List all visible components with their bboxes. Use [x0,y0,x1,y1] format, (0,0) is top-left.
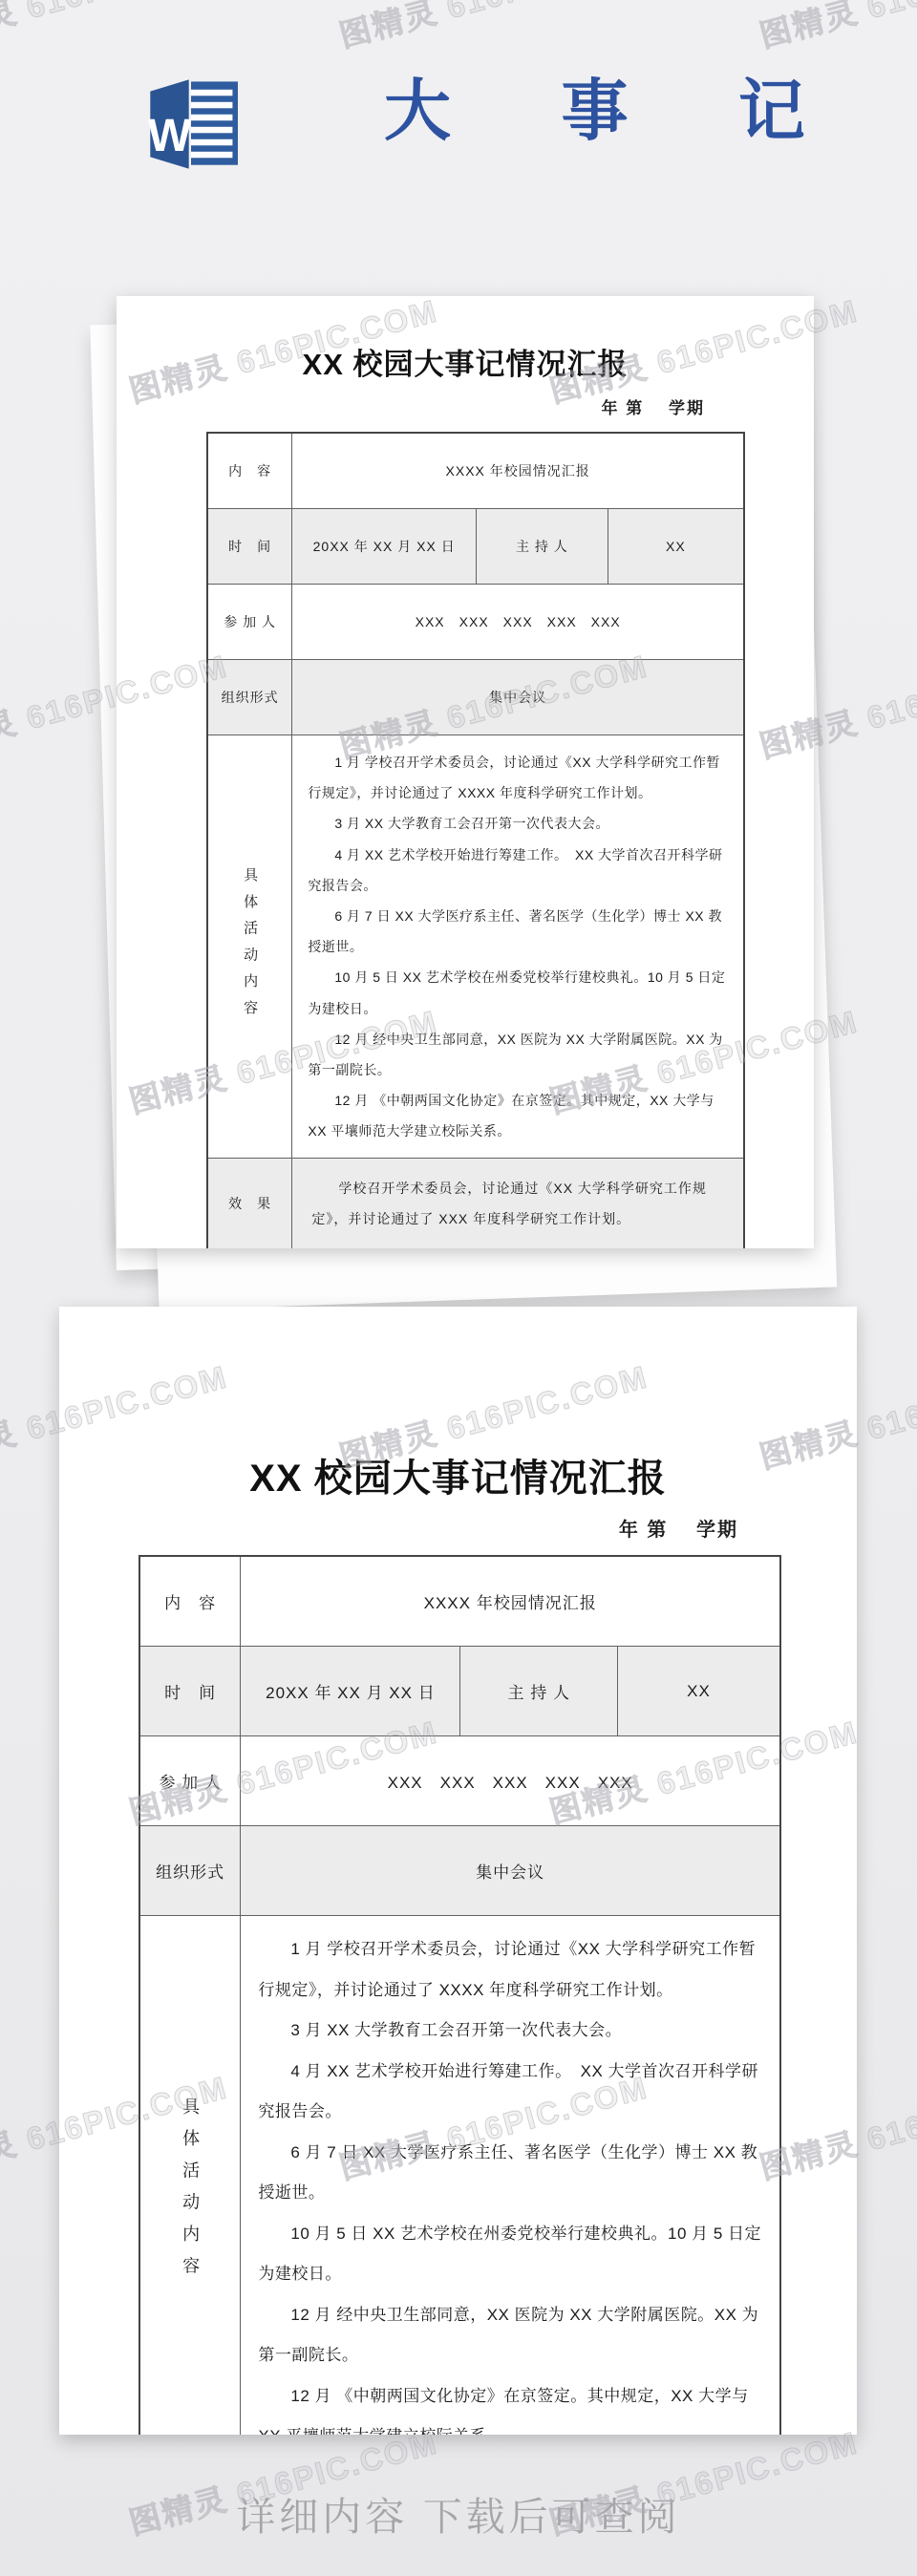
page-header: W 大 事 记 [0,0,917,210]
org-value-cell: 集中会议 [240,1826,779,1915]
effect-value-cell: 学校召开学术委员会，讨论通过《XX 大学科学研究工作规定》，并讨论通过了 XXX… [291,1159,743,1248]
org-label-cell: 组织形式 [208,660,291,734]
table-row-effect: 效 果 学校召开学术委员会，讨论通过《XX 大学科学研究工作规定》，并讨论通过了… [208,1158,743,1248]
document-page-1: XX 校园大事记情况汇报 年 第 学期 内 容 XXXX 年校园情况汇报 时 间… [117,296,814,1248]
activity-paragraph: 12 月 《中朝两国文化协定》在京签定。其中规定，XX 大学与 XX 平壤师范大… [258,2376,762,2436]
doc-title: XX 校园大事记情况汇报 [59,1307,857,1502]
activity-paragraph: 1 月 学校召开学术委员会，讨论通过《XX 大学科学研究工作暂行规定》，并讨论通… [308,747,728,808]
doc-title: XX 校园大事记情况汇报 [117,296,814,383]
activities-content-cell: 1 月 学校召开学术委员会，讨论通过《XX 大学科学研究工作暂行规定》，并讨论通… [291,735,743,1158]
activity-paragraph: 10 月 5 日 XX 艺术学校在州委党校举行建校典礼。10 月 5 日定为建校… [308,962,728,1023]
table-row-organization: 组织形式 集中会议 [208,659,743,734]
document-page-2: XX 校园大事记情况汇报 年 第 学期 内 容 XXXX 年校园情况汇报 时 间… [59,1307,857,2435]
participants-label-cell: 参 加 人 [208,585,291,659]
activity-paragraph: 4 月 XX 艺术学校开始进行筹建工作。 XX 大学首次召开科学研究报告会。 [258,2052,762,2133]
activity-paragraph: 3 月 XX 大学教育工会召开第一次代表大会。 [258,2011,762,2052]
activity-paragraph: 12 月 经中央卫生部同意，XX 医院为 XX 大学附属医院。XX 为第一副院长… [308,1024,728,1085]
time-value-cell: 20XX 年 XX 月 XX 日 [291,509,476,584]
table-row-participants: 参 加 人 XXX XXX XXX XXX XXX [208,584,743,659]
content-value-cell: XXXX 年校园情况汇报 [240,1557,779,1646]
participants-value-cell: XXX XXX XXX XXX XXX [240,1736,779,1825]
table-row-activities: 具体活动内容 1 月 学校召开学术委员会，讨论通过《XX 大学科学研究工作暂行规… [140,1915,779,2435]
host-value-cell: XX [608,509,743,584]
activities-vertical-label: 具体活动内容 [181,2097,199,2289]
activity-paragraph: 6 月 7 日 XX 大学医疗系主任、著名医学（生化学）博士 XX 教授逝世。 [258,2133,762,2214]
table-row-organization: 组织形式 集中会议 [140,1825,779,1915]
activities-vertical-label: 具体活动内容 [243,867,257,1027]
org-value-cell: 集中会议 [291,660,743,734]
host-value-cell: XX [617,1647,779,1735]
table-row-time: 时 间 20XX 年 XX 月 XX 日 主 持 人 XX [208,508,743,584]
activity-paragraph: 10 月 5 日 XX 艺术学校在州委党校举行建校典礼。10 月 5 日定为建校… [258,2214,762,2295]
content-value-cell: XXXX 年校园情况汇报 [291,434,743,508]
footer-note: 详细内容 下载后可查阅 [0,2485,917,2542]
semester-line: 年 第 学期 [117,394,814,418]
activity-paragraph: 6 月 7 日 XX 大学医疗系主任、著名医学（生化学）博士 XX 教授逝世。 [308,901,728,962]
report-table: 内 容 XXXX 年校园情况汇报 时 间 20XX 年 XX 月 XX 日 主 … [206,432,745,1248]
content-label-cell: 内 容 [208,434,291,508]
svg-text:W: W [148,110,192,161]
page-title: 大 事 记 [384,75,851,148]
word-logo-icon: W [126,69,250,180]
table-row-activities: 具体活动内容 1 月 学校召开学术委员会，讨论通过《XX 大学科学研究工作暂行规… [208,734,743,1158]
effect-text: 学校召开学术委员会，讨论通过《XX 大学科学研究工作规定》，并讨论通过了 XXX… [298,1173,737,1234]
activity-paragraph: 3 月 XX 大学教育工会召开第一次代表大会。 [308,808,728,839]
participants-value-cell: XXX XXX XXX XXX XXX [291,585,743,659]
host-label-cell: 主 持 人 [459,1647,617,1735]
activities-content-cell: 1 月 学校召开学术委员会，讨论通过《XX 大学科学研究工作暂行规定》，并讨论通… [240,1916,779,2435]
org-label-cell: 组织形式 [140,1826,240,1915]
table-row-time: 时 间 20XX 年 XX 月 XX 日 主 持 人 XX [140,1646,779,1735]
content-label-cell: 内 容 [140,1557,240,1646]
activity-paragraph: 12 月 经中央卫生部同意，XX 医院为 XX 大学附属医院。XX 为第一副院长… [258,2295,762,2376]
activity-paragraph: 1 月 学校召开学术委员会，讨论通过《XX 大学科学研究工作暂行规定》，并讨论通… [258,1929,762,2011]
effect-label-cell: 效 果 [208,1159,291,1248]
time-label-cell: 时 间 [208,509,291,584]
table-row-content: 内 容 XXXX 年校园情况汇报 [140,1557,779,1646]
table-row-participants: 参 加 人 XXX XXX XXX XXX XXX [140,1735,779,1825]
activity-paragraph: 4 月 XX 艺术学校开始进行筹建工作。 XX 大学首次召开科学研究报告会。 [308,840,728,901]
activities-label-cell: 具体活动内容 [208,735,291,1158]
participants-label-cell: 参 加 人 [140,1736,240,1825]
table-row-content: 内 容 XXXX 年校园情况汇报 [208,434,743,508]
host-label-cell: 主 持 人 [476,509,608,584]
semester-line: 年 第 学期 [59,1514,857,1542]
activities-label-cell: 具体活动内容 [140,1916,240,2435]
time-value-cell: 20XX 年 XX 月 XX 日 [240,1647,459,1735]
activity-paragraph: 12 月 《中朝两国文化协定》在京签定。其中规定，XX 大学与 XX 平壤师范大… [308,1085,728,1146]
report-table: 内 容 XXXX 年校园情况汇报 时 间 20XX 年 XX 月 XX 日 主 … [139,1555,781,2435]
time-label-cell: 时 间 [140,1647,240,1735]
